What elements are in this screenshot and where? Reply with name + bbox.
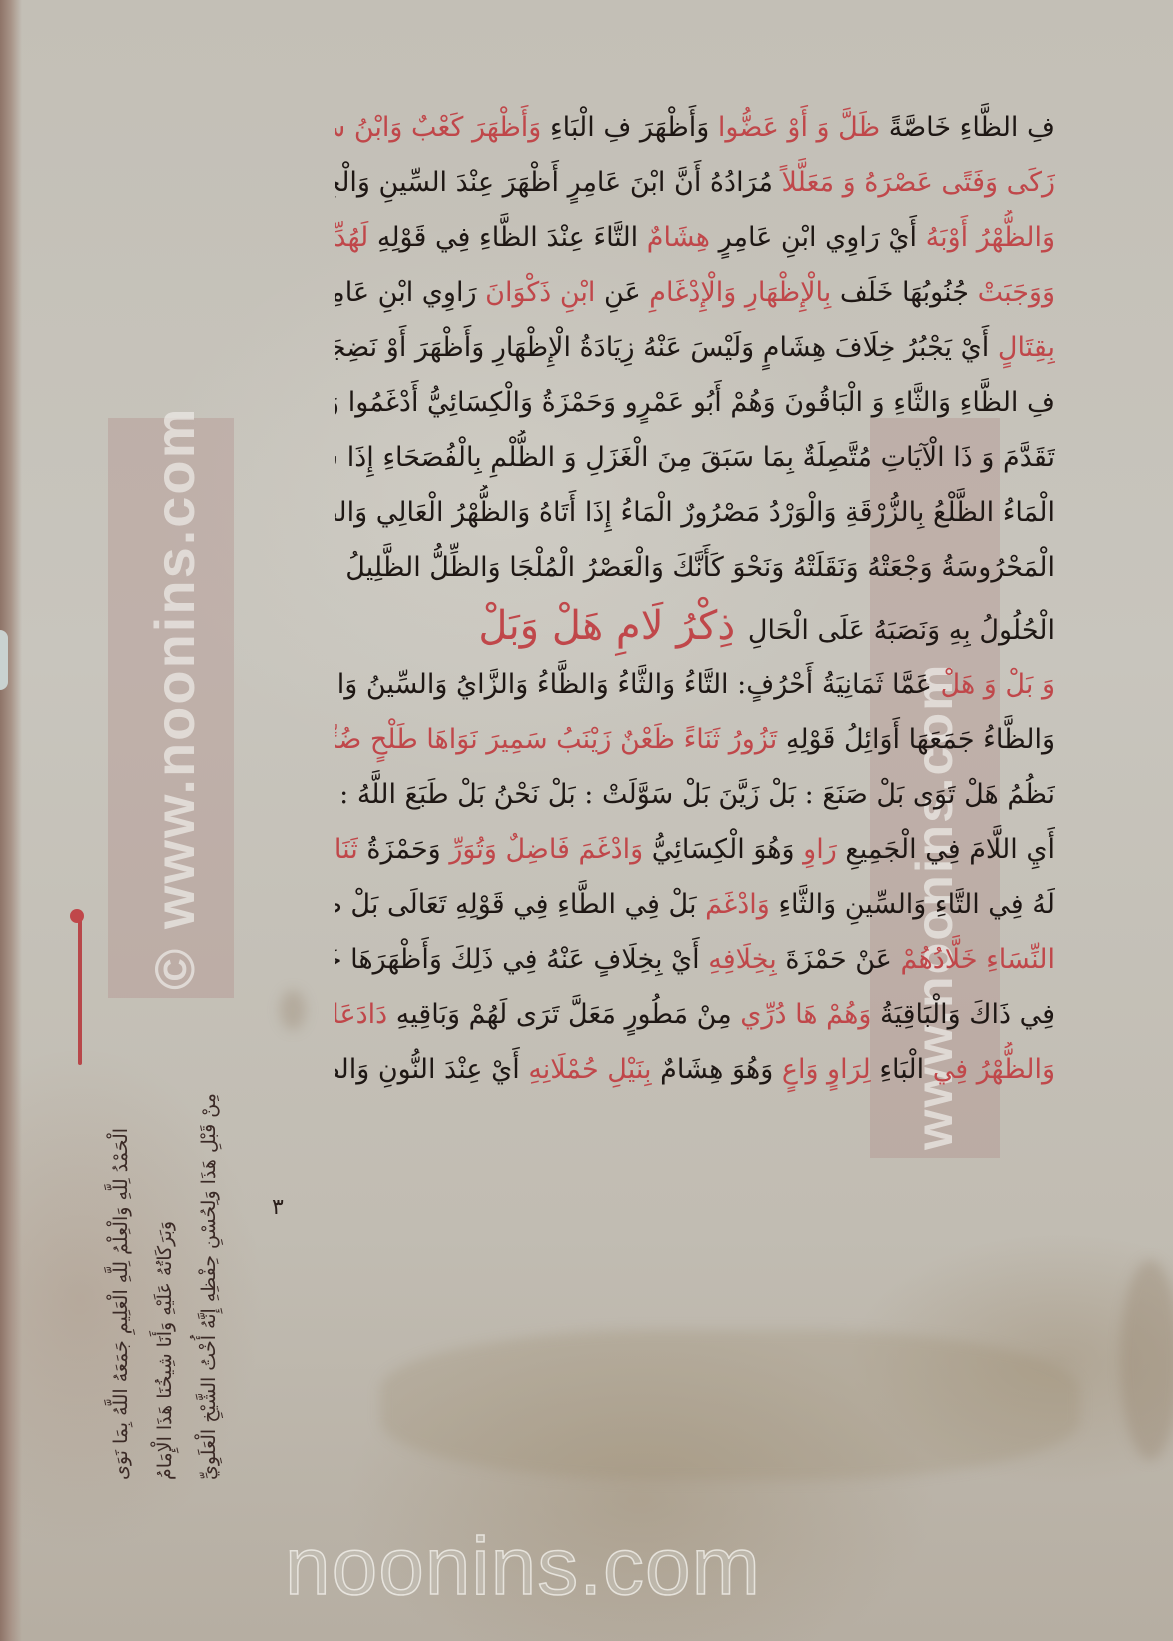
text-black: أَيْ يَجْبُرُ خِلَافَ هِشَامٍ وَلَيْسَ ع… [335,332,989,363]
text-black: فِ الظَّاءِ وَالثَّاءِ وَ الْبَاقُونَ وَ… [335,387,1055,418]
text-rubric: بِنَيْلِ حُمْلَانِهِ [528,1054,651,1085]
text-black: أَيْ رَاوِي ابْنِ عَامِرٍ [719,222,917,253]
text-black: أَيْ بِخِلَافٍ عَنْهُ فِي ذَلِكَ وَأَظْه… [335,944,700,975]
text-line: فِي ذَاكَ وَالْبَاقِيَةُ وَهُمْ هَا دُرِ… [335,987,1055,1042]
manuscript-page: © www.noonins.com www.noonins.com noonin… [0,0,1173,1641]
text-black: وَهُوَ الْكِسَائِيُّ [652,834,795,865]
text-rubric: رَاوِ [803,834,837,865]
text-black: تَقَدَّمَ وَ ذَا الْآيَاتِ مُتَّصِلَةٌ ب… [335,442,1055,473]
text-black: عَنْ حَمْزَةَ [785,944,892,975]
text-rubric: ابْنِ ذَكْوَانَ [485,277,595,308]
page-edge-tear [0,630,8,690]
text-line: لَهُ فِي التَّاءِ وَالسِّينِ وَالثَّاءِ … [335,877,1055,932]
water-stain [1120,1260,1173,1460]
text-black: وَالظَّاءُ جَمَعَهَا أَوَائِلُ قَوْلِهِ [786,724,1055,755]
text-rubric: النِّسَاءِ خَلَّادُهُمْ [901,944,1056,975]
text-line: وَالظُّهْرُ أَوْبَهُ أَيْ رَاوِي ابْنِ ع… [335,210,1055,265]
text-rubric: لِرَاوٍ وَاعٍ [782,1054,871,1085]
text-black: أَيِ اللَّامَ فِي الْجَمِيعِ [845,834,1055,865]
watermark-left: © www.noonins.com [142,407,207,990]
text-rubric: ثَنَاهُ سِرٌّ تَيِّمَاهُ وَحَلَا [335,834,358,865]
text-rubric: تَزُورُ ثَنَاءً ظَعْنٌ زَيْنَبُ سَمِيرَ … [335,724,777,755]
text-line: أَيِ اللَّامَ فِي الْجَمِيعِ رَاوِ وَهُو… [335,822,1055,877]
ink-stain [280,990,306,1030]
text-line: النِّسَاءِ خَلَّادُهُمْ عَنْ حَمْزَةَ بِ… [335,932,1055,987]
text-black: نَظُمُ هَلْ تَوَى بَلْ صَنَعَ : بَلْ زَي… [335,779,1055,810]
text-black: فِي ذَاكَ وَالْبَاقِيَةُ [880,999,1055,1030]
margin-note-line: مِنْ قَبْلِ هَذَا وَلِحُسْنِ حِفْظِهِ إِ… [198,1093,220,1480]
text-rubric: وَأَظْهَرَ كَعْبٌ وَابْنُ سَبَا جُودَهُ [335,112,541,143]
text-black: وَهُوَ هِشَامٌ [660,1054,773,1085]
page-edge [0,0,22,1641]
text-line: وَالظَّاءُ جَمَعَهَا أَوَائِلُ قَوْلِهِ … [335,712,1055,767]
water-stain [380,1330,1080,1480]
text-black: أَيْ عِنْدَ النُّونِ وَالضَّادِ [335,1054,520,1085]
text-line-with-heading: الْحُلُولُ بِهِ وَنَصَبَهُ عَلَى الْحَال… [335,595,1055,657]
text-rubric: وَالظُّهْرُ أَوْبَهُ [926,222,1055,253]
text-black: التَّاءَ عِنْدَ الظَّاءِ فِي قَوْلِهِ [377,222,638,253]
text-rubric: هِشَامٌ [647,222,710,253]
text-black: بَلْ فِي الطَّاءِ فِي قَوْلِهِ تَعَالَى … [335,889,697,920]
text-rubric: وَ بَلْ وَ هَلْ [941,669,1055,700]
text-rubric: بِقِتَالٍ [998,332,1055,363]
text-line: الْمَاءُ الظَّلْعُ بِالزُّرْقَةِ وَالْوَ… [335,485,1055,540]
text-black: وَأَظْهَرَ فِ الْبَاءِ [550,112,709,143]
text-line: زَكَى وَفَتًى عَصْرَهُ وَ مَعَلَّلاً مُر… [335,155,1055,210]
text-black: عَمَّا ثَمَانِيَةُ أَحْرُفٍ: التَّاءُ وَ… [335,669,932,700]
text-rubric: وَوَجَبَتْ [978,277,1055,308]
text-black: وَحَمْزَةُ [366,834,440,865]
text-rubric: ظَلَّ وَ أَوْ عَضُّوا [718,112,880,143]
text-line: وَالظُّهْرُ فِي الْبَاءِ لِرَاوٍ وَاعٍ و… [335,1042,1055,1097]
folio-number: ٣ [272,1195,284,1220]
text-rubric: وَادْغَمَ فَاضِلٌ وَتُوَرِّ [449,834,643,865]
margin-note: الْحَمْدُ لِلَّهِ وَالْعِلْمُ لِلَّهِ ال… [72,920,252,1480]
text-black: الْمَاءُ الظَّلْعُ بِالزُّرْقَةِ وَالْوَ… [335,497,1055,528]
text-black: جُنُوبُهَا خَلَف [840,277,969,308]
section-heading: ذِكْرُ لَامِ هَلْ وَبَلْ [478,603,735,649]
text-line: الْمَحْرُوسَةُ وَجْعَتْهُ وَنَقَلَتْهُ و… [335,540,1055,595]
text-rubric: بِخِلَافِهِ [708,944,776,975]
text-rubric: وَهُمْ هَا دُرِّي [740,999,871,1030]
text-line: فِ الظَّاءِ خَاصَّةً ظَلَّ وَ أَوْ عَضُّ… [335,100,1055,155]
text-rubric: بِالْإِظْهَارِ وَالْإِدْغَامِ [649,277,831,308]
text-line: فِ الظَّاءِ وَالثَّاءِ وَ الْبَاقُونَ وَ… [335,375,1055,430]
watermark-bottom: noonins.com [285,1520,761,1614]
margin-note-line: الْحَمْدُ لِلَّهِ وَالْعِلْمُ لِلَّهِ ال… [110,1128,132,1480]
text-line: تَقَدَّمَ وَ ذَا الْآيَاتِ مُتَّصِلَةٌ ب… [335,430,1055,485]
text-black: مُرَادُهُ أَنَّ ابْنَ عَامِرٍ أَظْهَرَ ع… [335,167,773,198]
text-black: رَاوِي ابْنِ عَامِرٍ أَيْضًا [335,277,477,308]
text-black: عَنِ [604,277,641,308]
text-line: وَ بَلْ وَ هَلْ عَمَّا ثَمَانِيَةُ أَحْر… [335,657,1055,712]
text-rubric: وَادْغَمَ [705,889,770,920]
text-black: فِ الظَّاءِ خَاصَّةً [889,112,1055,143]
text-rubric: دَادَعَاهُ وَجْمَلاً [335,999,387,1030]
text-rubric: لَهُدِّمَتْ [335,222,368,253]
margin-note-line: وَبَرَكَاتُهُ عَلَيْهِ وَأَنَا شِيخُنَا … [154,1221,176,1480]
text-line: وَوَجَبَتْ جُنُوبُهَا خَلَف بِالْإِظْهَا… [335,265,1055,320]
text-black: الْمَحْرُوسَةُ وَجْعَتْهُ وَنَقَلَتْهُ و… [335,552,1055,583]
text-line: نَظُمُ هَلْ تَوَى بَلْ صَنَعَ : بَلْ زَي… [335,767,1055,822]
text-black: الْبَاءِ [879,1054,924,1085]
text-rubric: وَالظُّهْرُ فِي [933,1054,1055,1085]
text-black: لَهُ فِي التَّاءِ وَالسِّينِ وَالثَّاءِ [778,889,1055,920]
text-black: مِنْ مَطُورٍ مَعَلَّ تَرَى لَهُمْ وَبَاق… [396,999,732,1030]
text-rubric: زَكَى وَفَتًى عَصْرَهُ وَ مَعَلَّلاً [782,167,1055,198]
text-black: الْحُلُولُ بِهِ وَنَصَبَهُ عَلَى الْحَال… [748,615,1055,646]
text-line: بِقِتَالٍ أَيْ يَجْبُرُ خِلَافَ هِشَامٍ … [335,320,1055,375]
main-text-block: فِ الظَّاءِ خَاصَّةً ظَلَّ وَ أَوْ عَضُّ… [335,100,1055,1097]
